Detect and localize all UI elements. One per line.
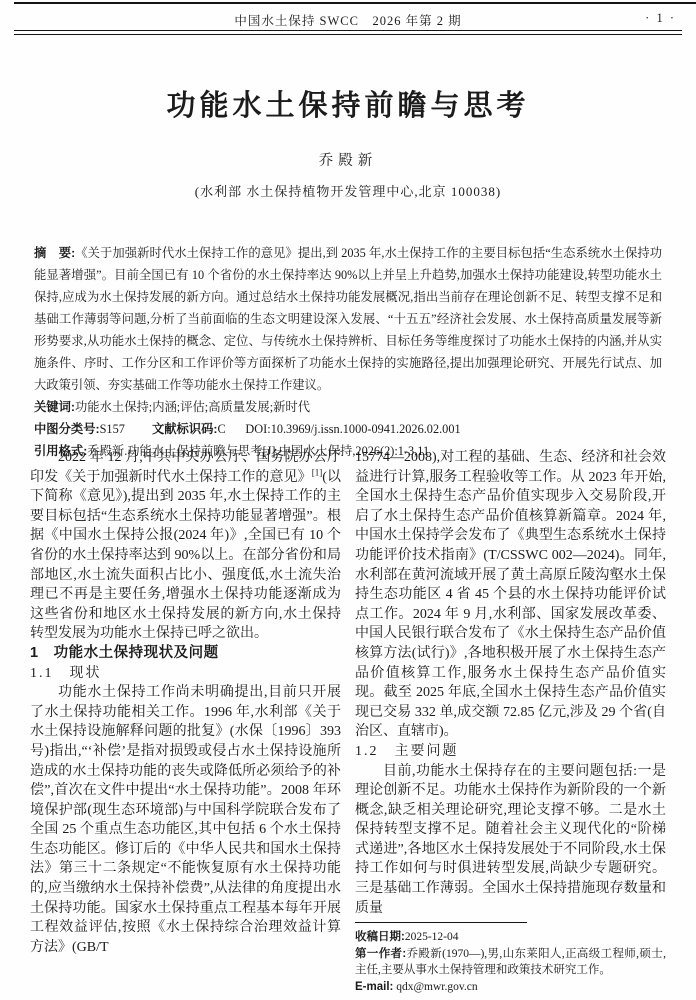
article-meta: 摘 要:《关于加强新时代水土保持工作的意见》提出,到 2035 年,水土保持工作… bbox=[34, 242, 662, 462]
left-column: 2022 年 12 月,中共中央办公厅、国务院办公厅印发《关于加强新时代水土保持… bbox=[30, 448, 341, 995]
journal-page: 中国水土保持 SWCC 2026 年第 2 期 · 1 · 功能水土保持前瞻与思… bbox=[0, 0, 696, 1000]
email-value: qdx@mwr.gov.cn bbox=[396, 981, 477, 993]
intro-text-before-ref: 2022 年 12 月,中共中央办公厅、国务院办公厅印发《关于加强新时代水土保持… bbox=[30, 450, 341, 485]
author-affiliation: (水利部 水土保持植物开发管理中心,北京 100038) bbox=[34, 181, 662, 200]
article-title: 功能水土保持前瞻与思考 bbox=[34, 88, 662, 124]
page-top-rule bbox=[14, 2, 696, 4]
received-date-value: 2025-12-04 bbox=[405, 931, 459, 943]
first-author-label: 第一作者: bbox=[355, 948, 406, 960]
header-double-rule bbox=[14, 30, 682, 35]
section-1-1-paragraph: 功能水土保持工作尚未明确提出,目前只开展了水土保持功能相关工作。1996 年,水… bbox=[30, 683, 341, 957]
reference-marker: [1] bbox=[312, 467, 323, 477]
section-1-heading: 1 功能水土保持现状及问题 bbox=[30, 644, 341, 664]
received-date-label: 收稿日期: bbox=[355, 931, 405, 943]
section-1-2-paragraph: 目前,功能水土保持存在的主要问题包括:一是理论创新不足。功能水土保持作为新阶段的… bbox=[355, 762, 666, 919]
front-matter: 功能水土保持前瞻与思考 乔殿新 (水利部 水土保持植物开发管理中心,北京 100… bbox=[0, 0, 696, 462]
doi-label: DOI: bbox=[245, 422, 270, 436]
first-page-footnote: 收稿日期:2025-12-04 第一作者:乔殿新(1970—),男,山东莱阳人,… bbox=[355, 922, 666, 995]
keywords-label: 关键词: bbox=[34, 400, 75, 414]
intro-text-after-ref: (以下简称《意见》),提出到 2035 年,水土保持工作的主要目标包括“生态系统… bbox=[30, 470, 341, 642]
section-1-2-heading: 1.2 主要问题 bbox=[355, 742, 666, 762]
keywords: 关键词:功能水土保持;内涵;评估;高质量发展;新时代 bbox=[34, 396, 662, 418]
abstract: 摘 要:《关于加强新时代水土保持工作的意见》提出,到 2035 年,水土保持工作… bbox=[34, 242, 662, 396]
doc-code-label: 文献标识码: bbox=[152, 422, 218, 436]
email-label: E-mail: bbox=[355, 981, 393, 993]
author-name: 乔殿新 bbox=[34, 149, 662, 170]
article-body: 2022 年 12 月,中共中央办公厅、国务院办公厅印发《关于加强新时代水土保持… bbox=[30, 448, 666, 995]
received-date-line: 收稿日期:2025-12-04 bbox=[355, 929, 666, 946]
journal-issue-title: 中国水土保持 SWCC 2026 年第 2 期 bbox=[0, 11, 696, 29]
right-column: 15774—2008),对工程的基础、生态、经济和社会效益进行计算,服务工程验收… bbox=[355, 448, 666, 995]
clc-label: 中图分类号: bbox=[34, 422, 100, 436]
intro-paragraph: 2022 年 12 月,中共中央办公厅、国务院办公厅印发《关于加强新时代水土保持… bbox=[30, 448, 341, 644]
section-1-1-paragraph-continued: 15774—2008),对工程的基础、生态、经济和社会效益进行计算,服务工程验收… bbox=[355, 448, 666, 742]
section-1-1-heading: 1.1 现状 bbox=[30, 664, 341, 684]
abstract-text: 《关于加强新时代水土保持工作的意见》提出,到 2035 年,水土保持工作的主要目… bbox=[34, 246, 662, 392]
abstract-label: 摘 要: bbox=[34, 246, 75, 260]
classification-line: 中图分类号:S157文献标识码:CDOI:10.3969/j.issn.1000… bbox=[34, 418, 662, 440]
doi-value: 10.3969/j.issn.1000-0941.2026.02.001 bbox=[271, 422, 461, 436]
keywords-text: 功能水土保持;内涵;评估;高质量发展;新时代 bbox=[75, 400, 310, 414]
doc-code-value: C bbox=[218, 422, 226, 436]
footnote-rule bbox=[355, 922, 527, 923]
clc-value: S157 bbox=[100, 422, 125, 436]
first-author-line: 第一作者:乔殿新(1970—),男,山东莱阳人,正高级工程师,硕士,主任,主要从… bbox=[355, 946, 666, 979]
email-line: E-mail: qdx@mwr.gov.cn bbox=[355, 979, 666, 996]
running-header: 中国水土保持 SWCC 2026 年第 2 期 · 1 · bbox=[0, 11, 696, 29]
page-number: · 1 · bbox=[645, 11, 676, 26]
